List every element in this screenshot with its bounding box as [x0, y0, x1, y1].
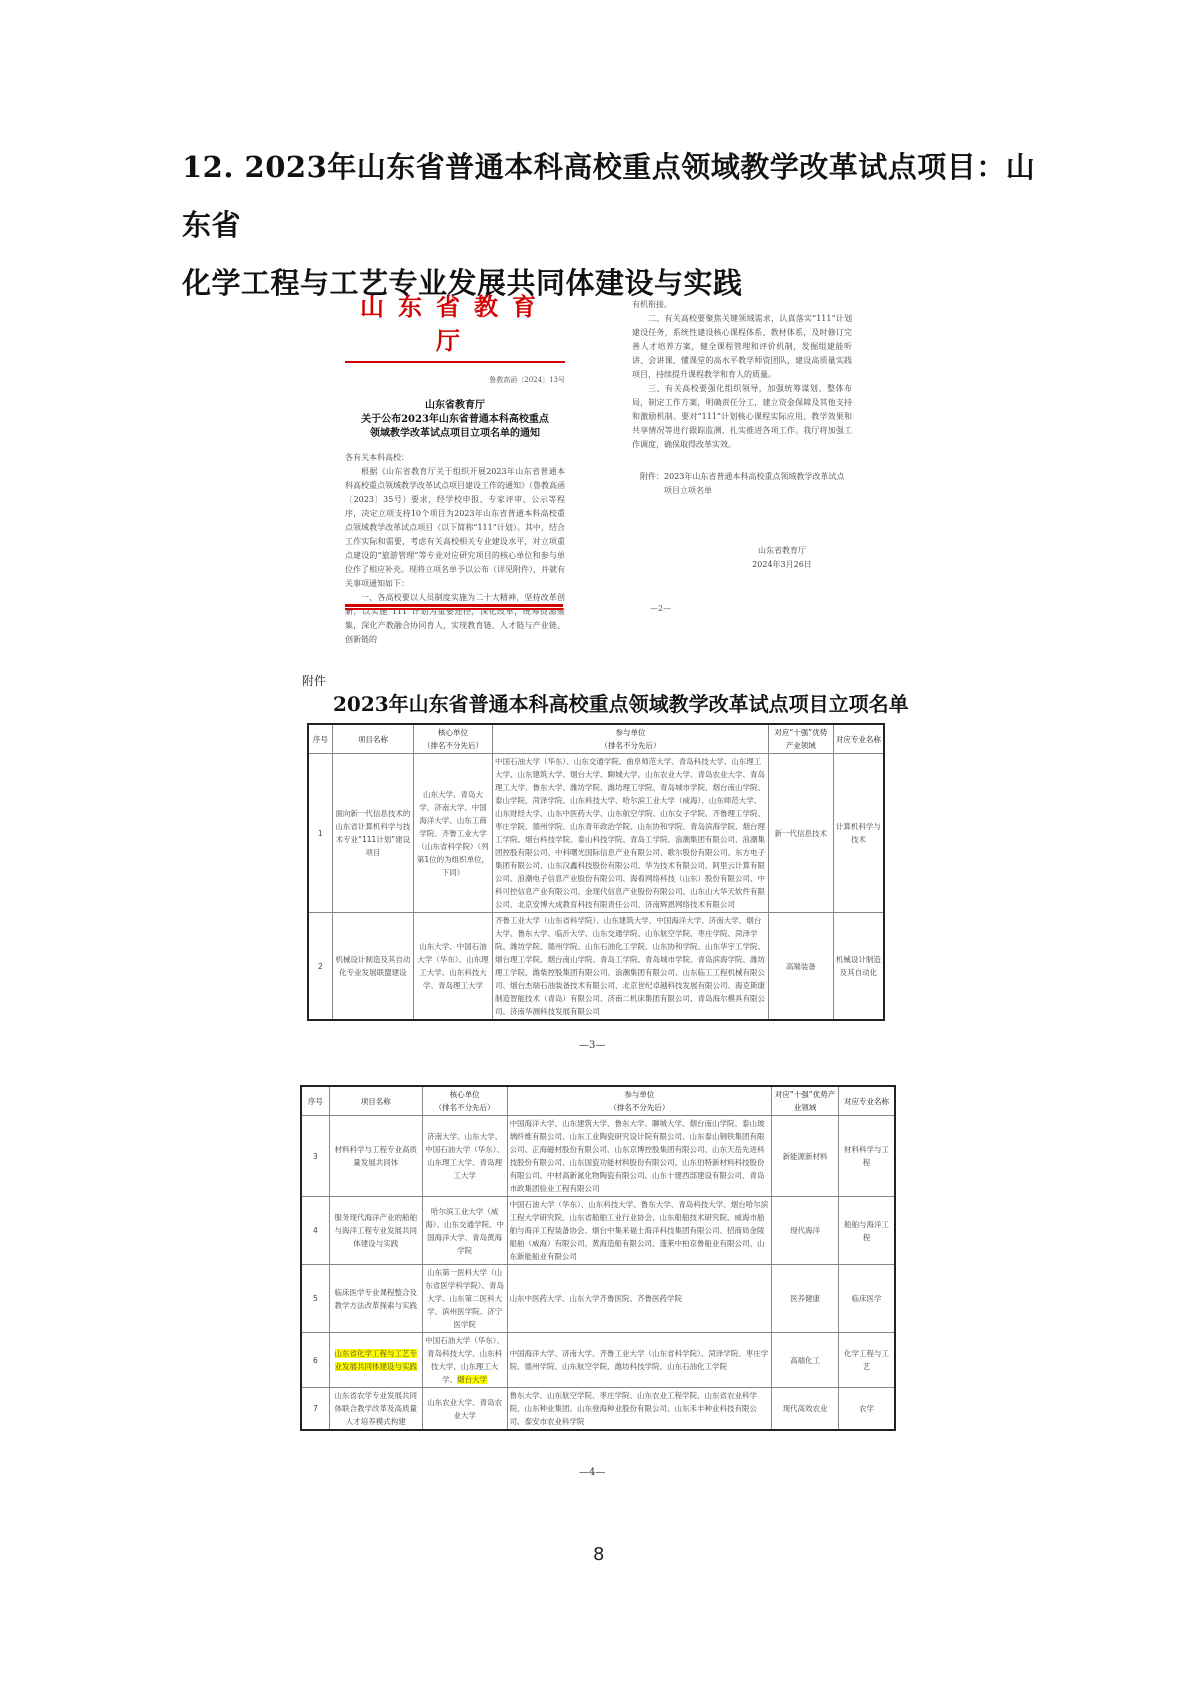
notice-title-line-3: 领域教学改革试点项目立项名单的通知: [345, 427, 565, 441]
notice-left-column: 山东省教育厅 鲁教高函〔2024〕13号 山东省教育厅 关于公布2023年山东省…: [345, 290, 565, 647]
cell-project-name: 机械设计制造及其自动化专业发展联盟建设: [332, 913, 413, 1021]
notice-page-number: —2—: [650, 604, 671, 613]
cell-project-name: 服务现代海洋产业的船舶与海洋工程专业发展共同体建设与实践: [329, 1197, 422, 1265]
cell-major: 农学: [838, 1388, 895, 1431]
cell-industry: 高端装备: [768, 913, 833, 1021]
table-header-row: 序号 项目名称 核心单位（排名不分先后） 参与单位（排名不分先后） 对应“十强”…: [301, 1086, 895, 1116]
header-no: 序号: [301, 1086, 329, 1116]
attachment-note: 附件：2023年山东省普通本科高校重点领域教学改革试点项目立项名单: [632, 470, 852, 498]
header-participants: 参与单位（排名不分先后）: [493, 724, 769, 754]
table-row: 7山东省农学专业发展共同体联合教学改革及高质量人才培养模式构建山东农业大学、青岛…: [301, 1388, 895, 1431]
cell-core-units: 山东第一医科大学（山东省医学科学院）、青岛大学、山东第二医科大学、滨州医学院、济…: [422, 1265, 507, 1333]
table-row: 4服务现代海洋产业的船舶与海洋工程专业发展共同体建设与实践哈尔滨工业大学（威海）…: [301, 1197, 895, 1265]
notice-paragraph-1: 根据《山东省教育厅关于组织开展2023年山东省普通本科高校重点领域教学改革试点项…: [345, 465, 565, 591]
cell-core-units: 山东农业大学、青岛农业大学: [422, 1388, 507, 1431]
cell-core-units: 济南大学、山东大学、中国石油大学（华东）、山东理工大学、青岛理工大学: [422, 1116, 507, 1197]
table-row: 6山东省化学工程与工艺专业发展共同体建设与实践中国石油大学（华东）、青岛科技大学…: [301, 1333, 895, 1388]
table-row: 1面向新一代信息技术的山东省计算机科学与技术专业“111计划”建设项目山东大学、…: [308, 754, 884, 913]
table-row: 3材料科学与工程专业高质量发展共同体济南大学、山东大学、中国石油大学（华东）、山…: [301, 1116, 895, 1197]
cell-major: 临床医学: [838, 1265, 895, 1333]
header-name: 项目名称: [332, 724, 413, 754]
header-industry: 对应“十强”优势产业领域: [772, 1086, 839, 1116]
header-name: 项目名称: [329, 1086, 422, 1116]
cell-core-units: 山东大学、青岛大学、济南大学、中国海洋大学、山东工商学院、齐鲁工业大学（山东省科…: [413, 754, 492, 913]
table-row: 2机械设计制造及其自动化专业发展联盟建设山东大学、中国石油大学（华东）、山东理工…: [308, 913, 884, 1021]
cell-project-name: 临床医学专业课程整合及教学方法改革探索与实践: [329, 1265, 422, 1333]
annex-page-number-3: —3—: [579, 1040, 605, 1051]
signature-date: 2024年3月26日: [712, 558, 852, 572]
header-major: 对应专业名称: [833, 724, 884, 754]
notice-title: 山东省教育厅 关于公布2023年山东省普通本科高校重点 领域教学改革试点项目立项…: [345, 399, 565, 441]
red-bottom-rule: [345, 604, 563, 608]
annex-page-number-4: —4—: [579, 1467, 605, 1478]
cell-industry: 新能源新材料: [772, 1116, 839, 1197]
cell-project-name: 面向新一代信息技术的山东省计算机科学与技术专业“111计划”建设项目: [332, 754, 413, 913]
section-heading: 12. 2023年山东省普通本科高校重点领域教学改革试点项目：山东省 化学工程与…: [182, 138, 1042, 312]
cell-industry: 医养健康: [772, 1265, 839, 1333]
heading-line-2: 化学工程与工艺专业发展共同体建设与实践: [182, 254, 1042, 312]
cell-core-units: 中国石油大学（华东）、青岛科技大学、山东科技大学、山东理工大学、烟台大学: [422, 1333, 507, 1388]
red-divider: [345, 361, 565, 363]
header-core: 核心单位（排名不分先后）: [422, 1086, 507, 1116]
cell-project-name: 山东省化学工程与工艺专业发展共同体建设与实践: [329, 1333, 422, 1388]
annex-table-page-1: 序号 项目名称 核心单位（排名不分先后） 参与单位（排名不分先后） 对应“十强”…: [307, 723, 885, 1021]
notice-paragraph-2: 一、各高校要以人员制度实施为二十大精神，坚持改革创新，以实施“111”计划为重要…: [345, 591, 565, 647]
cell-industry: 现代海洋: [772, 1197, 839, 1265]
header-participants: 参与单位（排名不分先后）: [507, 1086, 772, 1116]
cell-no: 2: [308, 913, 332, 1021]
cell-project-name: 山东省农学专业发展共同体联合教学改革及高质量人才培养模式构建: [329, 1388, 422, 1431]
cell-no: 5: [301, 1265, 329, 1333]
annex-table-page-2: 序号 项目名称 核心单位（排名不分先后） 参与单位（排名不分先后） 对应“十强”…: [300, 1085, 896, 1431]
cell-major: 计算机科学与技术: [833, 754, 884, 913]
footer-page-number: 8: [593, 1544, 604, 1565]
cell-participants: 中国海洋大学、济南大学、齐鲁工业大学（山东省科学院）、菏泽学院、枣庄学院、德州学…: [507, 1333, 772, 1388]
header-core: 核心单位（排名不分先后）: [413, 724, 492, 754]
cell-participants: 中国石油大学（华东）、山东科技大学、鲁东大学、青岛科技大学、烟台哈尔滨工程大学研…: [507, 1197, 772, 1265]
notice-right-column: 有机衔接。 二、有关高校要聚焦关键领域需求，认真落实“111”计划建设任务，系统…: [632, 298, 852, 572]
cell-no: 6: [301, 1333, 329, 1388]
signature: 山东省教育厅 2024年3月26日: [632, 544, 852, 572]
heading-line-1: 12. 2023年山东省普通本科高校重点领域教学改革试点项目：山东省: [182, 138, 1042, 254]
cell-core-units: 哈尔滨工业大学（威海）、山东交通学院、中国海洋大学、青岛黄海学院: [422, 1197, 507, 1265]
annex-title: 2023年山东省普通本科高校重点领域教学改革试点项目立项名单: [333, 688, 909, 717]
notice-title-line-1: 山东省教育厅: [345, 399, 565, 413]
cell-no: 7: [301, 1388, 329, 1431]
signature-org: 山东省教育厅: [712, 544, 852, 558]
cell-participants: 中国海洋大学、山东建筑大学、鲁东大学、聊城大学、烟台南山学院、泰山玻璃纤维有限公…: [507, 1116, 772, 1197]
cell-major: 机械设计制造及其自动化: [833, 913, 884, 1021]
cell-participants: 齐鲁工业大学（山东省科学院）、山东建筑大学、中国海洋大学、济南大学、烟台大学、鲁…: [493, 913, 769, 1021]
annex-label: 附件: [302, 672, 326, 689]
notice-paragraph-3: 有机衔接。: [632, 298, 852, 312]
header-industry: 对应“十强”优势产业领域: [768, 724, 833, 754]
cell-industry: 现代高效农业: [772, 1388, 839, 1431]
table-row: 5临床医学专业课程整合及教学方法改革探索与实践山东第一医科大学（山东省医学科学院…: [301, 1265, 895, 1333]
notice-paragraph-5: 三、有关高校要强化组织领导，加强统筹谋划、整体布局，制定工作方案，明确责任分工，…: [632, 382, 852, 452]
issuer-banner: 山东省教育厅: [345, 290, 565, 358]
cell-core-units: 山东大学、中国石油大学（华东）、山东理工大学、山东科技大学、青岛理工大学: [413, 913, 492, 1021]
notice-title-line-2: 关于公布2023年山东省普通本科高校重点: [345, 413, 565, 427]
cell-major: 材料科学与工程: [838, 1116, 895, 1197]
salutation: 各有关本科高校：: [345, 451, 565, 465]
notice-paragraph-4: 二、有关高校要聚焦关键领域需求，认真落实“111”计划建设任务，系统性建设核心课…: [632, 312, 852, 382]
cell-major: 化学工程与工艺: [838, 1333, 895, 1388]
table-header-row: 序号 项目名称 核心单位（排名不分先后） 参与单位（排名不分先后） 对应“十强”…: [308, 724, 884, 754]
cell-industry: 新一代信息技术: [768, 754, 833, 913]
cell-no: 3: [301, 1116, 329, 1197]
cell-participants: 鲁东大学、山东航空学院、枣庄学院、山东农业工程学院、山东省农业科学院、山东种业集…: [507, 1388, 772, 1431]
header-major: 对应专业名称: [838, 1086, 895, 1116]
cell-participants: 中国石油大学（华东）、山东交通学院、曲阜师范大学、青岛科技大学、山东理工大学、山…: [493, 754, 769, 913]
cell-major: 船舶与海洋工程: [838, 1197, 895, 1265]
cell-no: 1: [308, 754, 332, 913]
header-no: 序号: [308, 724, 332, 754]
cell-industry: 高端化工: [772, 1333, 839, 1388]
cell-participants: 山东中医药大学、山东大学齐鲁医院、齐鲁医药学院: [507, 1265, 772, 1333]
document-number: 鲁教高函〔2024〕13号: [345, 373, 565, 387]
cell-no: 4: [301, 1197, 329, 1265]
cell-project-name: 材料科学与工程专业高质量发展共同体: [329, 1116, 422, 1197]
